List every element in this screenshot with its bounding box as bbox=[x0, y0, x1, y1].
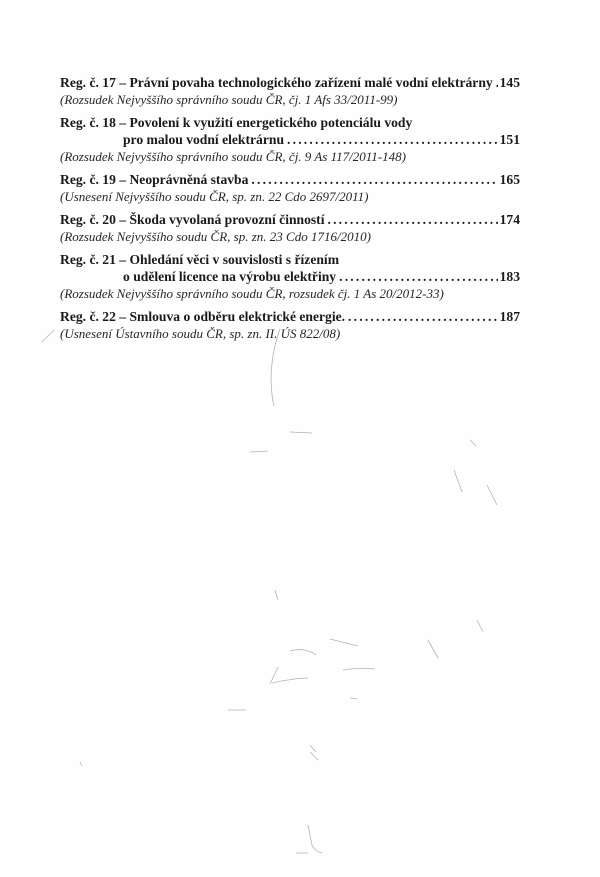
toc-entry: Reg. č. 20 – Škoda vyvolaná provozní čin… bbox=[60, 211, 520, 245]
dot-leader bbox=[339, 268, 498, 285]
toc-entry-source: (Rozsudek Nejvyššího správního soudu ČR,… bbox=[60, 148, 520, 165]
toc-page-number: 151 bbox=[500, 131, 520, 148]
dot-leader bbox=[287, 131, 498, 148]
toc-entry: Reg. č. 18 – Povolení k využití energeti… bbox=[60, 114, 520, 165]
toc-entry-title: Reg. č. 21 – Ohledání věci v souvislosti… bbox=[60, 251, 339, 268]
toc-entry-title-line: Reg. č. 22 – Smlouva o odběru elektrické… bbox=[60, 308, 520, 325]
toc-entry-title: Reg. č. 19 – Neoprávněná stavba bbox=[60, 171, 248, 188]
toc-entry-source: (Usnesení Ústavního soudu ČR, sp. zn. II… bbox=[60, 325, 520, 342]
toc-entry: Reg. č. 17 – Právní povaha technologické… bbox=[60, 74, 520, 108]
toc-entry-source: (Rozsudek Nejvyššího soudu ČR, sp. zn. 2… bbox=[60, 228, 520, 245]
toc-entry-title: Reg. č. 17 – Právní povaha technologické… bbox=[60, 74, 493, 91]
toc-entry-title-line: Reg. č. 21 – Ohledání věci v souvislosti… bbox=[60, 251, 520, 268]
toc-entry-title-line: o udělení licence na výrobu elektřiny 18… bbox=[60, 268, 520, 285]
toc-entry-title-line: Reg. č. 20 – Škoda vyvolaná provozní čin… bbox=[60, 211, 520, 228]
toc-page-number: 174 bbox=[500, 211, 520, 228]
toc-entry-title: Reg. č. 20 – Škoda vyvolaná provozní čin… bbox=[60, 211, 324, 228]
toc-entry-title-line: Reg. č. 17 – Právní povaha technologické… bbox=[60, 74, 520, 91]
toc-entry: Reg. č. 19 – Neoprávněná stavba 165 (Usn… bbox=[60, 171, 520, 205]
toc-page-number: 183 bbox=[500, 268, 520, 285]
toc-entry-title-line: pro malou vodní elektrárnu 151 bbox=[60, 131, 520, 148]
toc-entry-source: (Rozsudek Nejvyššího správního soudu ČR,… bbox=[60, 91, 520, 108]
table-of-contents: Reg. č. 17 – Právní povaha technologické… bbox=[60, 74, 520, 348]
toc-entry-source: (Rozsudek Nejvyššího správního soudu ČR,… bbox=[60, 285, 520, 302]
dot-leader bbox=[251, 171, 497, 188]
toc-entry-title: Reg. č. 18 – Povolení k využití energeti… bbox=[60, 114, 412, 131]
toc-entry-title-continuation: pro malou vodní elektrárnu bbox=[123, 131, 284, 148]
toc-entry: Reg. č. 22 – Smlouva o odběru elektrické… bbox=[60, 308, 520, 342]
toc-entry: Reg. č. 21 – Ohledání věci v souvislosti… bbox=[60, 251, 520, 302]
dot-leader bbox=[327, 211, 497, 228]
dot-leader bbox=[496, 74, 498, 91]
toc-entry-source: (Usnesení Nejvyššího soudu ČR, sp. zn. 2… bbox=[60, 188, 520, 205]
toc-page-number: 145 bbox=[500, 74, 520, 91]
toc-page-number: 187 bbox=[500, 308, 520, 325]
toc-page-number: 165 bbox=[500, 171, 520, 188]
toc-entry-title-line: Reg. č. 19 – Neoprávněná stavba 165 bbox=[60, 171, 520, 188]
dot-leader bbox=[348, 308, 498, 325]
document-page: Reg. č. 17 – Právní povaha technologické… bbox=[0, 0, 600, 877]
toc-entry-title: Reg. č. 22 – Smlouva o odběru elektrické… bbox=[60, 308, 345, 325]
toc-entry-title-continuation: o udělení licence na výrobu elektřiny bbox=[123, 268, 336, 285]
toc-entry-title-line: Reg. č. 18 – Povolení k využití energeti… bbox=[60, 114, 520, 131]
